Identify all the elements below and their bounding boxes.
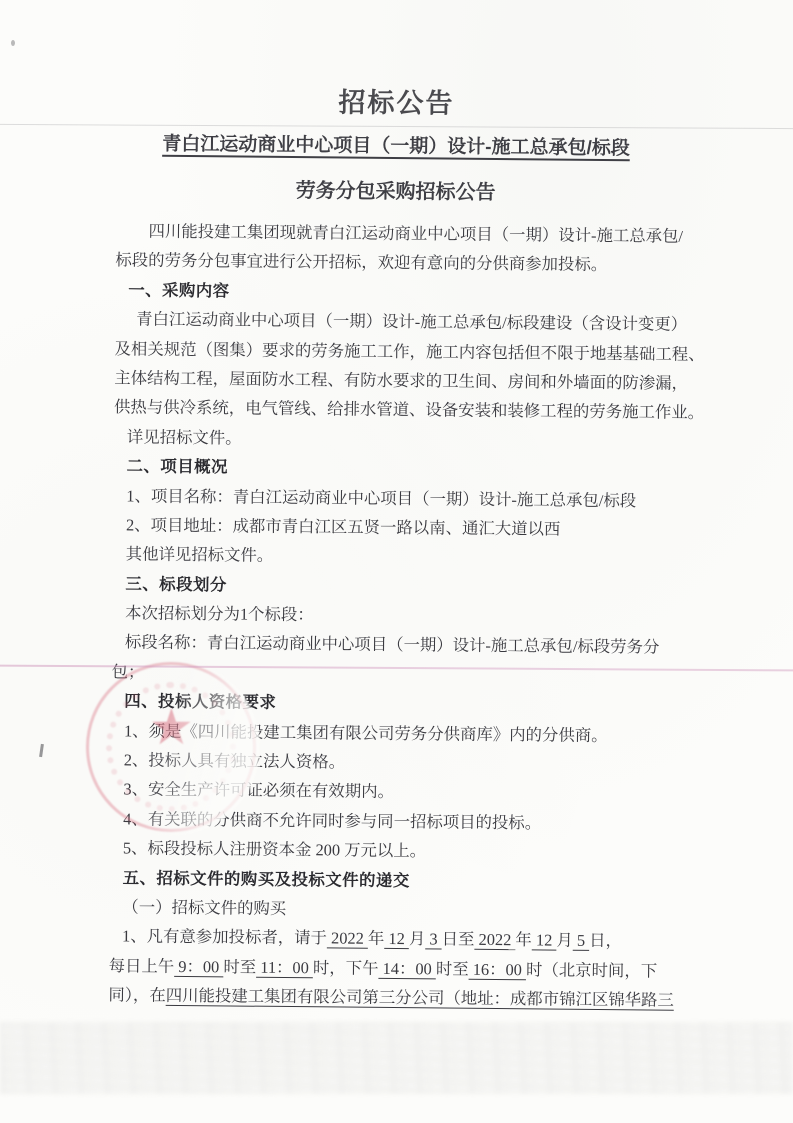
text-run: 2、项目地址：成都市青白江区五贤一路以南、通汇大道以西 — [126, 515, 561, 538]
text-run: 四川能投建工集团现就青白江运动商业中心项目（一期）设计-施工总承包/ — [148, 222, 683, 246]
filled-blank-underlined: 12 — [532, 931, 557, 950]
text-run: 及相关规范（图集）要求的劳务施工工作，施工内容包括但不限于地基基础工程、 — [115, 339, 705, 364]
text-run: 其他详见招标文件。 — [126, 545, 274, 565]
filled-blank-underlined: 2022 — [327, 929, 368, 948]
text-run: 本次招标划分为1个标段： — [125, 604, 314, 625]
text-run: 5、标段投标人注册资本金 200 万元以上。 — [123, 839, 426, 861]
filled-blank-underlined: 四川能投建工集团有限公司第三分公司（地址：成都市锦江区锦华路三 — [166, 986, 674, 1010]
doc-body: 四川能投建工集团现就青白江运动商业中心项目（一期）设计-施工总承包/标段的劳务分… — [108, 216, 706, 1015]
filled-blank-underlined: 3 — [425, 930, 442, 949]
scan-noise-band — [0, 1022, 793, 1094]
text-run: 月 — [556, 931, 573, 950]
scan-speck — [11, 40, 15, 46]
text-run: 时至 — [223, 957, 256, 976]
text-run: 1、凡有意参加投标者，请于 — [122, 927, 327, 948]
text-run: 三、标段划分 — [125, 574, 227, 594]
document-subtitle-procurement: 劳务分包采购招标公告 — [0, 173, 792, 211]
subtitle-underlined-text: 青白江运动商业中心项目（一期）设计-施工总承包/标段 — [162, 134, 630, 159]
filled-blank-underlined: 2022 — [474, 930, 515, 949]
filled-blank-underlined: 12 — [384, 929, 409, 948]
text-run: 一、采购内容 — [128, 280, 230, 300]
text-run: 2、投标人具有独立法人资格。 — [124, 750, 345, 771]
filled-blank-underlined: 5 — [573, 931, 590, 950]
text-run: 供热与供冷系统，电气管线、给排水管道、设备安装和装修工程的劳务施工作业。 — [114, 398, 704, 423]
text-run: 3、安全生产许可证必须在有效期内。 — [123, 780, 394, 802]
document-subtitle-project: 青白江运动商业中心项目（一期）设计-施工总承包/标段 — [0, 128, 793, 166]
document-title: 招标公告 — [0, 82, 793, 124]
text-run: 时至 — [436, 959, 469, 978]
text-run: 同），在 — [108, 985, 166, 1005]
text-run: 时（北京时间，下 — [526, 960, 657, 980]
text-run: 日至 — [442, 930, 475, 949]
text-run: 月 — [409, 930, 426, 949]
text-run: 时，下午 — [313, 958, 379, 978]
text-run: 1、须是《四川能投建工集团有限公司劳务分供商库》内的分供商。 — [124, 721, 608, 745]
text-run: 年 — [515, 931, 532, 950]
filled-blank-underlined: 16：00 — [469, 960, 527, 980]
doc-line: 同），在四川能投建工集团有限公司第三分公司（地址：成都市锦江区锦华路三 — [108, 980, 698, 1015]
text-run: 二、项目概况 — [126, 457, 228, 477]
text-run: 4、有关联的分供商不允许同时参与同一招标项目的投标。 — [123, 809, 541, 832]
text-run: 四、投标人资格要求 — [124, 692, 276, 712]
text-run: 详见招标文件。 — [127, 427, 242, 447]
text-run: 标段的劳务分包事宜进行公开招标，欢迎有意向的分供商参加投标。 — [115, 251, 607, 275]
doc-line: 标段名称：青白江运动商业中心项目（一期）设计-施工总承包/标段劳务分 — [112, 628, 702, 663]
filled-blank-underlined: 9：00 — [174, 957, 223, 976]
text-run: 青白江运动商业中心项目（一期）设计-施工总承包/标段建设（含设计变更） — [136, 310, 687, 334]
text-run: 五、招标文件的购买及投标文件的递交 — [123, 868, 410, 890]
text-run: 1、项目名称：青白江运动商业中心项目（一期）设计-施工总承包/标段 — [126, 486, 636, 510]
filled-blank-underlined: 11：00 — [256, 957, 313, 977]
document-content: 招标公告 青白江运动商业中心项目（一期）设计-施工总承包/标段 劳务分包采购招标… — [0, 0, 793, 1016]
text-run: 年 — [368, 929, 385, 948]
text-run: 日， — [589, 931, 622, 950]
filled-blank-underlined: 14：00 — [378, 959, 436, 979]
text-run: 标段名称：青白江运动商业中心项目（一期）设计-施工总承包/标段劳务分 — [125, 633, 660, 657]
text-run: 主体结构工程，屋面防水工程、有防水要求的卫生间、房间和外墙面的防渗漏， — [114, 368, 688, 393]
scanned-document-page: 招标公告 青白江运动商业中心项目（一期）设计-施工总承包/标段 劳务分包采购招标… — [0, 0, 793, 1123]
text-run: 每日上午 — [109, 956, 175, 976]
text-run: （一）招标文件的购买 — [122, 897, 286, 918]
